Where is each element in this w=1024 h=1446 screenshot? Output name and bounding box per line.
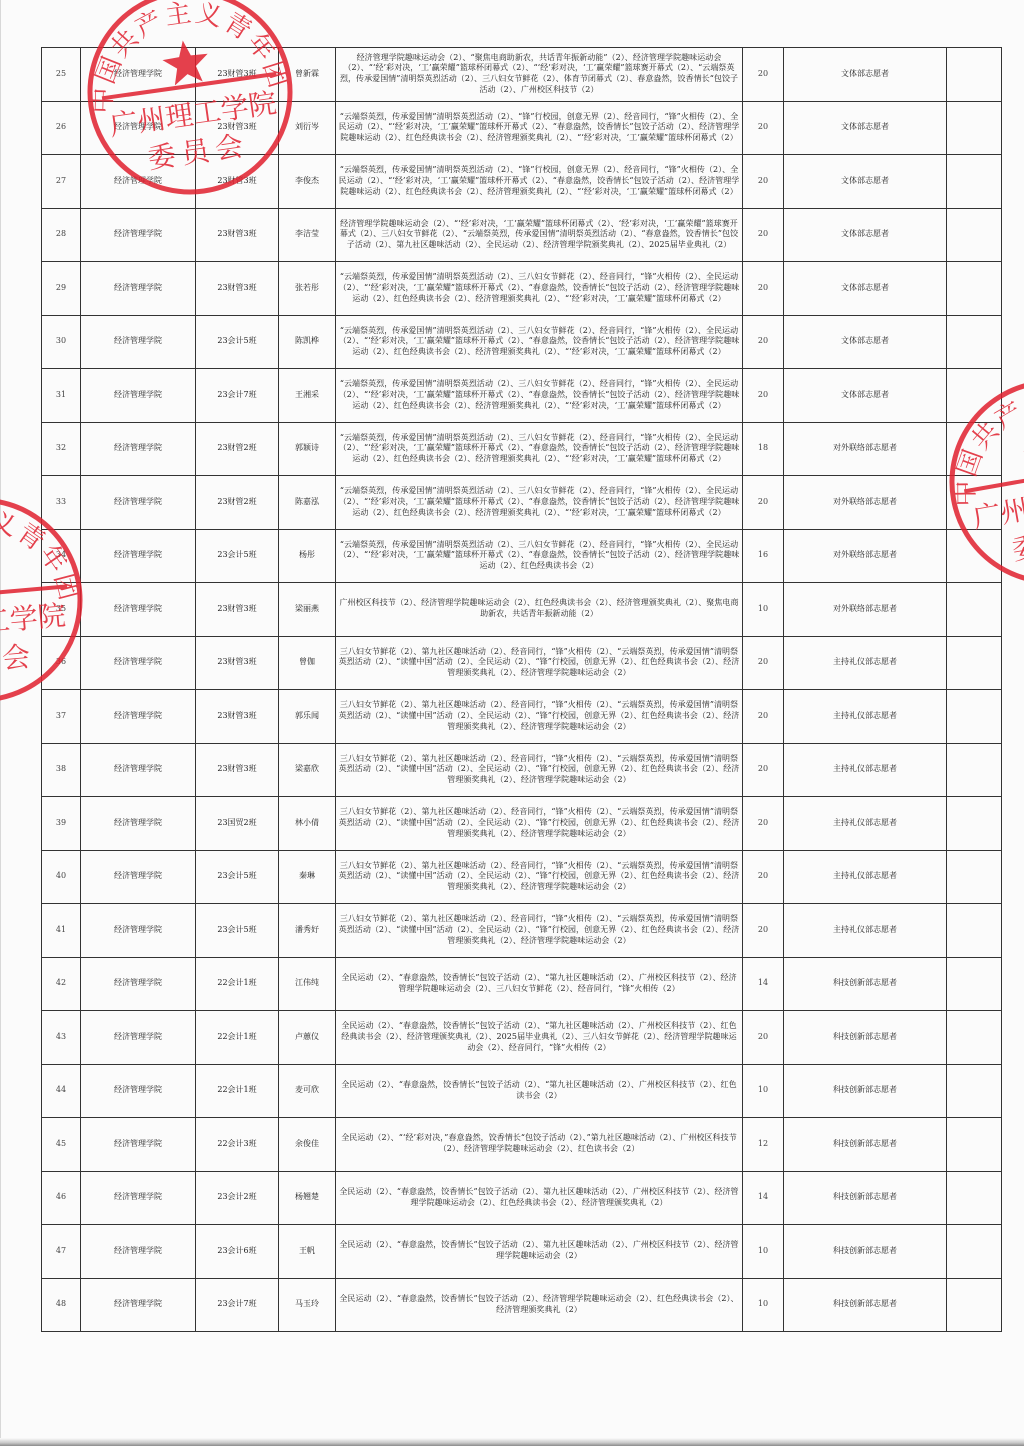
row-number-cell: 27 [42, 155, 81, 209]
role-cell: 文体部志愿者 [784, 208, 947, 262]
student-name-cell: 杨彤 [279, 529, 336, 583]
college-cell: 经济管理学院 [81, 636, 196, 690]
activities-cell: 全民运动（2）、“春意盎然，饺香情长”包饺子活动（2）、第九社区趣味活动（2）、… [336, 1225, 743, 1279]
hours-cell: 12 [743, 1118, 784, 1172]
role-cell: 文体部志愿者 [784, 369, 947, 423]
note-cell [947, 208, 1002, 262]
activities-cell: 全民运动（2）、“‘经’彩对决，”春意盎然，饺香情长“包饺子活动（2）、”第九社… [336, 1118, 743, 1172]
note-cell [947, 690, 1002, 744]
class-cell: 23会计6班 [196, 1225, 279, 1279]
student-name-cell: 曾新霖 [279, 48, 336, 102]
activities-cell: “云端祭英烈，传承爱国情”清明祭英烈活动（2）、三八妇女节鲜花（2）、经音同行，… [336, 422, 743, 476]
activities-cell: “云端祭英烈，传承爱国情”清明祭英烈活动（2）、“锋”行校园，创意无界（2）、经… [336, 101, 743, 155]
table-row: 41 经济管理学院 23会计5班 潘秀好 三八妇女节鲜花（2）、第九社区趣味活动… [42, 904, 1002, 958]
hours-cell: 14 [743, 957, 784, 1011]
class-cell: 23财管3班 [196, 583, 279, 637]
hours-cell: 20 [743, 636, 784, 690]
activities-cell: 全民运动（2）、“春意盎然，饺香情长”包饺子活动（2）、“第九社区趣味活动（2）… [336, 1011, 743, 1065]
student-name-cell: 王湘采 [279, 369, 336, 423]
row-number-cell: 31 [42, 369, 81, 423]
role-cell: 科技创新部志愿者 [784, 1278, 947, 1332]
activities-cell: 全民运动（2）、“春意盎然，饺香情长”包饺子活动（2）、“第九社区趣味活动（2）… [336, 957, 743, 1011]
row-number-cell: 39 [42, 797, 81, 851]
student-name-cell: 陈凯桦 [279, 315, 336, 369]
activities-cell: “云端祭英烈，传承爱国情”清明祭英烈活动（2）、“锋”行校园，创意无界（2）、经… [336, 155, 743, 209]
class-cell: 23财管3班 [196, 262, 279, 316]
class-cell: 22会计1班 [196, 957, 279, 1011]
student-name-cell: 郭颖诗 [279, 422, 336, 476]
class-cell: 23财管3班 [196, 101, 279, 155]
class-cell: 22会计3班 [196, 1118, 279, 1172]
role-cell: 科技创新部志愿者 [784, 1064, 947, 1118]
student-name-cell: 张若彤 [279, 262, 336, 316]
table-row: 29 经济管理学院 23财管3班 张若彤 “云端祭英烈，传承爱国情”清明祭英烈活… [42, 262, 1002, 316]
table-row: 38 经济管理学院 23财管3班 梁嘉欣 三八妇女节鲜花（2）、第九社区趣味活动… [42, 743, 1002, 797]
hours-cell: 20 [743, 369, 784, 423]
student-name-cell: 郭乐闻 [279, 690, 336, 744]
hours-cell: 20 [743, 1011, 784, 1065]
note-cell [947, 529, 1002, 583]
student-name-cell: 曾伽 [279, 636, 336, 690]
student-name-cell: 梁嘉欣 [279, 743, 336, 797]
activities-cell: “云端祭英烈，传承爱国情”清明祭英烈活动（2）、三八妇女节鲜花（2）、经音同行，… [336, 369, 743, 423]
row-number-cell: 28 [42, 208, 81, 262]
college-cell: 经济管理学院 [81, 422, 196, 476]
activities-cell: 三八妇女节鲜花（2）、第九社区趣味活动（2）、经音同行，“锋”火相传（2）、“云… [336, 850, 743, 904]
class-cell: 23会计5班 [196, 529, 279, 583]
scan-shadow [0, 1438, 1024, 1446]
role-cell: 对外联络部志愿者 [784, 476, 947, 530]
college-cell: 经济管理学院 [81, 262, 196, 316]
note-cell [947, 583, 1002, 637]
activities-cell: “云端祭英烈，传承爱国情”清明祭英烈活动（2）、三八妇女节鲜花（2）、经音同行，… [336, 529, 743, 583]
row-number-cell: 37 [42, 690, 81, 744]
college-cell: 经济管理学院 [81, 743, 196, 797]
row-number-cell: 46 [42, 1171, 81, 1225]
student-name-cell: 梁丽燕 [279, 583, 336, 637]
hours-cell: 18 [743, 422, 784, 476]
note-cell [947, 797, 1002, 851]
note-cell [947, 48, 1002, 102]
hours-cell: 20 [743, 315, 784, 369]
class-cell: 23财管3班 [196, 208, 279, 262]
role-cell: 主持礼仪部志愿者 [784, 904, 947, 958]
note-cell [947, 1118, 1002, 1172]
role-cell: 主持礼仪部志愿者 [784, 636, 947, 690]
row-number-cell: 35 [42, 583, 81, 637]
row-number-cell: 43 [42, 1011, 81, 1065]
page-edge [0, 0, 1, 1446]
activities-cell: “云端祭英烈，传承爱国情”清明祭英烈活动（2）、三八妇女节鲜花（2）、经音同行，… [336, 315, 743, 369]
activities-cell: 全民运动（2）、“春意盎然，饺香情长”包饺子活动（2）、经济管理学院趣味运动会（… [336, 1278, 743, 1332]
table-row: 26 经济管理学院 23财管3班 刘衍岑 “云端祭英烈，传承爱国情”清明祭英烈活… [42, 101, 1002, 155]
table-row: 32 经济管理学院 23财管2班 郭颖诗 “云端祭英烈，传承爱国情”清明祭英烈活… [42, 422, 1002, 476]
row-number-cell: 26 [42, 101, 81, 155]
hours-cell: 20 [743, 155, 784, 209]
volunteer-hours-table: 25 经济管理学院 23财管3班 曾新霖 经济管理学院趣味运动会（2）、“聚焦电… [41, 47, 1002, 1332]
role-cell: 科技创新部志愿者 [784, 957, 947, 1011]
activities-cell: 全民运动（2）、“春意盎然，饺香情长”包饺子活动（2）、“第九社区趣味活动（2）… [336, 1064, 743, 1118]
hours-cell: 10 [743, 1278, 784, 1332]
college-cell: 经济管理学院 [81, 1011, 196, 1065]
student-name-cell: 刘衍岑 [279, 101, 336, 155]
activities-cell: 全民运动（2）、“春意盎然，饺香情长”包饺子活动（2）、第九社区趣味活动（2）、… [336, 1171, 743, 1225]
row-number-cell: 45 [42, 1118, 81, 1172]
note-cell [947, 1171, 1002, 1225]
class-cell: 23财管2班 [196, 422, 279, 476]
table-row: 33 经济管理学院 23财管2班 陈嘉泓 “云端祭英烈，传承爱国情”清明祭英烈活… [42, 476, 1002, 530]
college-cell: 经济管理学院 [81, 583, 196, 637]
hours-cell: 20 [743, 48, 784, 102]
table-row: 31 经济管理学院 23会计7班 王湘采 “云端祭英烈，传承爱国情”清明祭英烈活… [42, 369, 1002, 423]
table-row: 44 经济管理学院 22会计1班 麦可欣 全民运动（2）、“春意盎然，饺香情长”… [42, 1064, 1002, 1118]
hours-cell: 10 [743, 1225, 784, 1279]
row-number-cell: 29 [42, 262, 81, 316]
hours-cell: 20 [743, 743, 784, 797]
activities-cell: 经济管理学院趣味运动会（2）、“‘经’彩对决，‘工’赢荣耀”篮球杯闭幕式（2）、… [336, 208, 743, 262]
note-cell [947, 743, 1002, 797]
college-cell: 经济管理学院 [81, 850, 196, 904]
role-cell: 对外联络部志愿者 [784, 529, 947, 583]
college-cell: 经济管理学院 [81, 369, 196, 423]
hours-cell: 20 [743, 850, 784, 904]
table-row: 28 经济管理学院 23财管3班 李洁莹 经济管理学院趣味运动会（2）、“‘经’… [42, 208, 1002, 262]
class-cell: 23会计7班 [196, 1278, 279, 1332]
role-cell: 科技创新部志愿者 [784, 1171, 947, 1225]
note-cell [947, 369, 1002, 423]
college-cell: 经济管理学院 [81, 1171, 196, 1225]
college-cell: 经济管理学院 [81, 957, 196, 1011]
note-cell [947, 1011, 1002, 1065]
table-row: 39 经济管理学院 23国贸2班 林小倩 三八妇女节鲜花（2）、第九社区趣味活动… [42, 797, 1002, 851]
note-cell [947, 636, 1002, 690]
role-cell: 文体部志愿者 [784, 155, 947, 209]
student-name-cell: 杨翘楚 [279, 1171, 336, 1225]
hours-cell: 10 [743, 1064, 784, 1118]
row-number-cell: 30 [42, 315, 81, 369]
row-number-cell: 25 [42, 48, 81, 102]
class-cell: 22会计1班 [196, 1011, 279, 1065]
table-row: 37 经济管理学院 23财管3班 郭乐闻 三八妇女节鲜花（2）、第九社区趣味活动… [42, 690, 1002, 744]
note-cell [947, 315, 1002, 369]
class-cell: 23财管2班 [196, 476, 279, 530]
table-body: 25 经济管理学院 23财管3班 曾新霖 经济管理学院趣味运动会（2）、“聚焦电… [42, 48, 1002, 1332]
college-cell: 经济管理学院 [81, 1278, 196, 1332]
activities-cell: 经济管理学院趣味运动会（2）、“聚焦电商助新农，共话青年振新动能”（2）、经济管… [336, 48, 743, 102]
class-cell: 23财管3班 [196, 690, 279, 744]
student-name-cell: 王帆 [279, 1225, 336, 1279]
student-name-cell: 江伟纯 [279, 957, 336, 1011]
college-cell: 经济管理学院 [81, 1064, 196, 1118]
role-cell: 文体部志愿者 [784, 101, 947, 155]
note-cell [947, 1225, 1002, 1279]
activities-cell: “云端祭英烈，传承爱国情”清明祭英烈活动（2）、三八妇女节鲜花（2）、经音同行，… [336, 476, 743, 530]
row-number-cell: 32 [42, 422, 81, 476]
row-number-cell: 33 [42, 476, 81, 530]
activities-cell: 三八妇女节鲜花（2）、第九社区趣味活动（2）、经音同行，“锋”火相传（2）、“云… [336, 797, 743, 851]
table-row: 43 经济管理学院 22会计1班 卢蕙仪 全民运动（2）、“春意盎然，饺香情长”… [42, 1011, 1002, 1065]
role-cell: 文体部志愿者 [784, 315, 947, 369]
table-row: 45 经济管理学院 22会计3班 余俊佳 全民运动（2）、“‘经’彩对决，”春意… [42, 1118, 1002, 1172]
student-name-cell: 李俊杰 [279, 155, 336, 209]
row-number-cell: 40 [42, 850, 81, 904]
college-cell: 经济管理学院 [81, 1225, 196, 1279]
row-number-cell: 34 [42, 529, 81, 583]
svg-text:委员会: 委员会 [0, 639, 38, 681]
hours-cell: 20 [743, 797, 784, 851]
class-cell: 23会计5班 [196, 904, 279, 958]
student-name-cell: 李洁莹 [279, 208, 336, 262]
table-row: 30 经济管理学院 23会计5班 陈凯桦 “云端祭英烈，传承爱国情”清明祭英烈活… [42, 315, 1002, 369]
activities-cell: 三八妇女节鲜花（2）、第九社区趣味活动（2）、经音同行，“锋”火相传（2）、“云… [336, 904, 743, 958]
hours-cell: 20 [743, 690, 784, 744]
hours-cell: 20 [743, 262, 784, 316]
hours-cell: 16 [743, 529, 784, 583]
note-cell [947, 850, 1002, 904]
role-cell: 对外联络部志愿者 [784, 422, 947, 476]
student-name-cell: 麦可欣 [279, 1064, 336, 1118]
row-number-cell: 44 [42, 1064, 81, 1118]
table-row: 34 经济管理学院 23会计5班 杨彤 “云端祭英烈，传承爱国情”清明祭英烈活动… [42, 529, 1002, 583]
note-cell [947, 904, 1002, 958]
student-name-cell: 余俊佳 [279, 1118, 336, 1172]
table-row: 40 经济管理学院 23会计5班 秦琳 三八妇女节鲜花（2）、第九社区趣味活动（… [42, 850, 1002, 904]
class-cell: 23国贸2班 [196, 797, 279, 851]
svg-text:委员会: 委员会 [1009, 516, 1024, 566]
college-cell: 经济管理学院 [81, 690, 196, 744]
role-cell: 主持礼仪部志愿者 [784, 850, 947, 904]
class-cell: 23财管3班 [196, 155, 279, 209]
class-cell: 23财管3班 [196, 48, 279, 102]
note-cell [947, 957, 1002, 1011]
note-cell [947, 155, 1002, 209]
student-name-cell: 林小倩 [279, 797, 336, 851]
activities-cell: 三八妇女节鲜花（2）、第九社区趣味活动（2）、经音同行，“锋”火相传（2）、“云… [336, 690, 743, 744]
class-cell: 23财管3班 [196, 636, 279, 690]
hours-cell: 20 [743, 101, 784, 155]
class-cell: 23会计7班 [196, 369, 279, 423]
hours-cell: 20 [743, 208, 784, 262]
role-cell: 科技创新部志愿者 [784, 1225, 947, 1279]
role-cell: 主持礼仪部志愿者 [784, 690, 947, 744]
activities-cell: “云端祭英烈，传承爱国情”清明祭英烈活动（2）、三八妇女节鲜花（2）、经音同行，… [336, 262, 743, 316]
table-row: 35 经济管理学院 23财管3班 梁丽燕 广州校区科技节（2）、经济管理学院趣味… [42, 583, 1002, 637]
college-cell: 经济管理学院 [81, 208, 196, 262]
role-cell: 主持礼仪部志愿者 [784, 743, 947, 797]
student-name-cell: 潘秀好 [279, 904, 336, 958]
college-cell: 经济管理学院 [81, 797, 196, 851]
hours-cell: 10 [743, 583, 784, 637]
college-cell: 经济管理学院 [81, 101, 196, 155]
note-cell [947, 422, 1002, 476]
class-cell: 23会计2班 [196, 1171, 279, 1225]
note-cell [947, 101, 1002, 155]
role-cell: 对外联络部志愿者 [784, 583, 947, 637]
table-row: 48 经济管理学院 23会计7班 马玉玲 全民运动（2）、“春意盎然，饺香情长”… [42, 1278, 1002, 1332]
role-cell: 文体部志愿者 [784, 262, 947, 316]
hours-cell: 20 [743, 476, 784, 530]
hours-cell: 14 [743, 1171, 784, 1225]
class-cell: 23会计5班 [196, 850, 279, 904]
class-cell: 23财管3班 [196, 743, 279, 797]
row-number-cell: 48 [42, 1278, 81, 1332]
activities-cell: 三八妇女节鲜花（2）、第九社区趣味活动（2）、经音同行，“锋”火相传（2）、“云… [336, 743, 743, 797]
role-cell: 主持礼仪部志愿者 [784, 797, 947, 851]
note-cell [947, 262, 1002, 316]
student-name-cell: 马玉玲 [279, 1278, 336, 1332]
note-cell [947, 1064, 1002, 1118]
table-row: 47 经济管理学院 23会计6班 王帆 全民运动（2）、“春意盎然，饺香情长”包… [42, 1225, 1002, 1279]
college-cell: 经济管理学院 [81, 476, 196, 530]
student-name-cell: 秦琳 [279, 850, 336, 904]
activities-cell: 广州校区科技节（2）、经济管理学院趣味运动会（2）、红色经典读书会（2）、经济管… [336, 583, 743, 637]
student-name-cell: 陈嘉泓 [279, 476, 336, 530]
note-cell [947, 1278, 1002, 1332]
college-cell: 经济管理学院 [81, 529, 196, 583]
college-cell: 经济管理学院 [81, 315, 196, 369]
college-cell: 经济管理学院 [81, 904, 196, 958]
role-cell: 科技创新部志愿者 [784, 1118, 947, 1172]
class-cell: 23会计5班 [196, 315, 279, 369]
role-cell: 科技创新部志愿者 [784, 1011, 947, 1065]
table-row: 36 经济管理学院 23财管3班 曾伽 三八妇女节鲜花（2）、第九社区趣味活动（… [42, 636, 1002, 690]
activities-cell: 三八妇女节鲜花（2）、第九社区趣味活动（2）、经音同行，“锋”火相传（2）、“云… [336, 636, 743, 690]
row-number-cell: 41 [42, 904, 81, 958]
college-cell: 经济管理学院 [81, 1118, 196, 1172]
row-number-cell: 36 [42, 636, 81, 690]
row-number-cell: 42 [42, 957, 81, 1011]
row-number-cell: 47 [42, 1225, 81, 1279]
table-row: 27 经济管理学院 23财管3班 李俊杰 “云端祭英烈，传承爱国情”清明祭英烈活… [42, 155, 1002, 209]
table-row: 46 经济管理学院 23会计2班 杨翘楚 全民运动（2）、“春意盎然，饺香情长”… [42, 1171, 1002, 1225]
table-row: 42 经济管理学院 22会计1班 江伟纯 全民运动（2）、“春意盎然，饺香情长”… [42, 957, 1002, 1011]
college-cell: 经济管理学院 [81, 155, 196, 209]
college-cell: 经济管理学院 [81, 48, 196, 102]
note-cell [947, 476, 1002, 530]
table-row: 25 经济管理学院 23财管3班 曾新霖 经济管理学院趣味运动会（2）、“聚焦电… [42, 48, 1002, 102]
row-number-cell: 38 [42, 743, 81, 797]
class-cell: 22会计1班 [196, 1064, 279, 1118]
student-name-cell: 卢蕙仪 [279, 1011, 336, 1065]
hours-cell: 20 [743, 904, 784, 958]
role-cell: 文体部志愿者 [784, 48, 947, 102]
